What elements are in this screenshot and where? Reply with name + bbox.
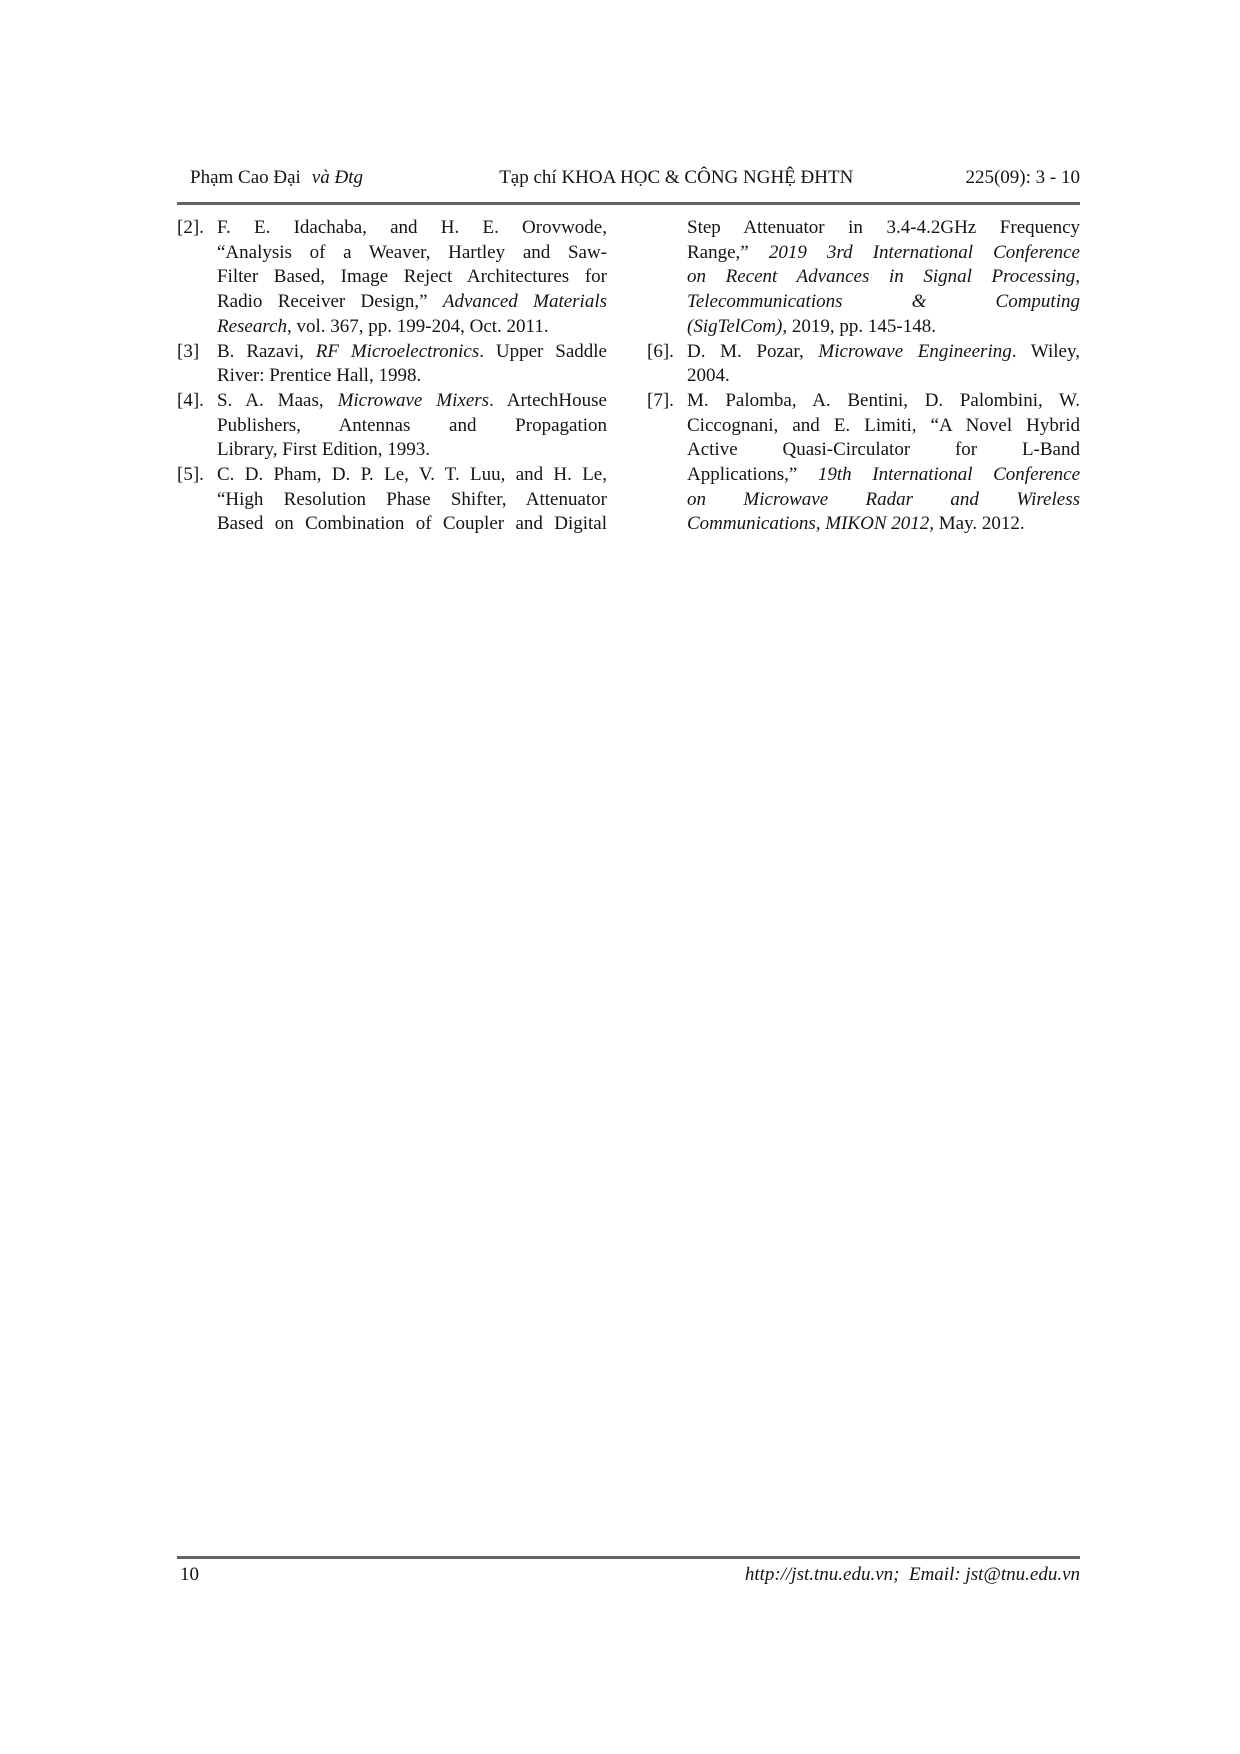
reference-text-italic: 2019 3rd International Conference xyxy=(769,242,1080,263)
reference-line: (SigTelCom), 2019, pp. 145-148. xyxy=(687,315,1080,340)
reference-text: May. 2012. xyxy=(934,513,1025,534)
header-rule xyxy=(177,202,1080,205)
reference-item: [6].D. M. Pozar, Microwave Engineering. … xyxy=(647,340,1080,389)
reference-text: S. A. Maas, xyxy=(217,390,338,411)
reference-text-italic: Microwave Engineering xyxy=(818,341,1011,362)
references-section: [2].F. E. Idachaba, and H. E. Orovwode,“… xyxy=(177,216,1080,537)
reference-text: Range,” xyxy=(687,242,769,263)
reference-text-italic: Telecommunications & Computing xyxy=(687,291,1080,312)
references-left-column: [2].F. E. Idachaba, and H. E. Orovwode,“… xyxy=(177,216,607,537)
reference-line: Telecommunications & Computing xyxy=(687,290,1080,315)
reference-text: D. M. Pozar, xyxy=(687,341,818,362)
reference-line: “Analysis of a Weaver, Hartley and Saw- xyxy=(217,241,607,266)
reference-text: F. E. Idachaba, and H. E. Orovwode, xyxy=(217,217,607,238)
reference-item: [5].C. D. Pham, D. P. Le, V. T. Luu, and… xyxy=(177,463,607,537)
reference-text: Filter Based, Image Reject Architectures… xyxy=(217,266,607,287)
reference-label: [5]. xyxy=(177,463,204,488)
reference-text: 2019, pp. 145-148. xyxy=(787,316,936,337)
reference-line: Radio Receiver Design,” Advanced Materia… xyxy=(217,290,607,315)
reference-text: Publishers, Antennas and Propagation xyxy=(217,415,607,436)
reference-text-italic: Research xyxy=(217,316,287,337)
reference-item: [3]B. Razavi, RF Microelectronics. Upper… xyxy=(177,340,607,389)
references-right-column: Step Attenuator in 3.4-4.2GHz FrequencyR… xyxy=(647,216,1080,537)
reference-line: C. D. Pham, D. P. Le, V. T. Luu, and H. … xyxy=(217,463,607,488)
reference-line: Communications, MIKON 2012, May. 2012. xyxy=(687,512,1080,537)
footer-contact: http://jst.tnu.edu.vn; Email: jst@tnu.ed… xyxy=(745,1562,1080,1588)
reference-line: on Recent Advances in Signal Processing, xyxy=(687,265,1080,290)
footer-page-number: 10 xyxy=(177,1562,199,1588)
reference-text: 2004. xyxy=(687,365,730,386)
reference-text: Library, First Edition, 1993. xyxy=(217,439,430,460)
reference-label: [3] xyxy=(177,340,199,365)
reference-line: Publishers, Antennas and Propagation xyxy=(217,414,607,439)
reference-label: [2]. xyxy=(177,216,204,241)
reference-item: [2].F. E. Idachaba, and H. E. Orovwode,“… xyxy=(177,216,607,340)
reference-text: Active Quasi-Circulator for L-Band xyxy=(687,439,1080,460)
reference-text: Ciccognani, and E. Limiti, “A Novel Hybr… xyxy=(687,415,1080,436)
reference-line: Ciccognani, and E. Limiti, “A Novel Hybr… xyxy=(687,414,1080,439)
reference-line: Library, First Edition, 1993. xyxy=(217,438,607,463)
reference-text-italic: Communications, MIKON 2012, xyxy=(687,513,934,534)
reference-line: Range,” 2019 3rd International Conferenc… xyxy=(687,241,1080,266)
reference-line: S. A. Maas, Microwave Mixers. ArtechHous… xyxy=(217,389,607,414)
reference-text: C. D. Pham, D. P. Le, V. T. Luu, and H. … xyxy=(217,464,607,485)
reference-text: . Wiley, xyxy=(1012,341,1080,362)
reference-text: , vol. 367, pp. 199-204, Oct. 2011. xyxy=(287,316,549,337)
reference-item: [4].S. A. Maas, Microwave Mixers. Artech… xyxy=(177,389,607,463)
reference-text-italic: Advanced Materials xyxy=(443,291,607,312)
reference-label: [4]. xyxy=(177,389,204,414)
reference-text-italic: RF Microelectronics xyxy=(316,341,480,362)
reference-line: River: Prentice Hall, 1998. xyxy=(217,364,607,389)
reference-text: M. Palomba, A. Bentini, D. Palombini, W. xyxy=(687,390,1080,411)
page-footer: 10 http://jst.tnu.edu.vn; Email: jst@tnu… xyxy=(177,1562,1080,1588)
reference-line: Filter Based, Image Reject Architectures… xyxy=(217,265,607,290)
reference-item: Step Attenuator in 3.4-4.2GHz FrequencyR… xyxy=(647,216,1080,340)
journal-page: Phạm Cao Đại và Đtg Tạp chí KHOA HỌC & C… xyxy=(0,0,1240,1754)
reference-text: . ArtechHouse xyxy=(489,390,607,411)
reference-line: Research, vol. 367, pp. 199-204, Oct. 20… xyxy=(217,315,607,340)
reference-item: [7].M. Palomba, A. Bentini, D. Palombini… xyxy=(647,389,1080,537)
reference-text: Applications,” xyxy=(687,464,818,485)
reference-label: [6]. xyxy=(647,340,674,365)
reference-line: M. Palomba, A. Bentini, D. Palombini, W. xyxy=(687,389,1080,414)
reference-text: Based on Combination of Coupler and Digi… xyxy=(217,513,607,534)
reference-line: on Microwave Radar and Wireless xyxy=(687,488,1080,513)
header-authors-etal: và Đtg xyxy=(312,167,363,188)
reference-line: Based on Combination of Coupler and Digi… xyxy=(217,512,607,537)
reference-line: Active Quasi-Circulator for L-Band xyxy=(687,438,1080,463)
reference-text-italic: on Recent Advances in Signal Processing, xyxy=(687,266,1080,287)
reference-text: Radio Receiver Design,” xyxy=(217,291,443,312)
reference-text-italic: 19th International Conference xyxy=(818,464,1080,485)
header-issue-pages: 225(09): 3 - 10 xyxy=(965,166,1080,190)
reference-text: “Analysis of a Weaver, Hartley and Saw- xyxy=(217,242,607,263)
reference-text: River: Prentice Hall, 1998. xyxy=(217,365,421,386)
reference-text-italic: (SigTelCom), xyxy=(687,316,787,337)
header-authors: Phạm Cao Đại và Đtg xyxy=(177,166,363,190)
reference-text: “High Resolution Phase Shifter, Attenuat… xyxy=(217,489,607,510)
reference-text: . Upper Saddle xyxy=(479,341,607,362)
reference-line: 2004. xyxy=(687,364,1080,389)
header-journal-title: Tạp chí KHOA HỌC & CÔNG NGHỆ ĐHTN xyxy=(375,166,977,190)
reference-line: F. E. Idachaba, and H. E. Orovwode, xyxy=(217,216,607,241)
reference-line: “High Resolution Phase Shifter, Attenuat… xyxy=(217,488,607,513)
reference-line: B. Razavi, RF Microelectronics. Upper Sa… xyxy=(217,340,607,365)
footer-rule xyxy=(177,1556,1080,1559)
reference-line: Applications,” 19th International Confer… xyxy=(687,463,1080,488)
header-authors-name: Phạm Cao Đại xyxy=(190,167,301,188)
reference-label: [7]. xyxy=(647,389,674,414)
reference-text-italic: on Microwave Radar and Wireless xyxy=(687,489,1080,510)
reference-line: D. M. Pozar, Microwave Engineering. Wile… xyxy=(687,340,1080,365)
reference-line: Step Attenuator in 3.4-4.2GHz Frequency xyxy=(687,216,1080,241)
reference-text-italic: Microwave Mixers xyxy=(338,390,490,411)
page-header: Phạm Cao Đại và Đtg Tạp chí KHOA HỌC & C… xyxy=(177,166,1080,190)
reference-text: Step Attenuator in 3.4-4.2GHz Frequency xyxy=(687,217,1080,238)
reference-text: B. Razavi, xyxy=(217,341,316,362)
